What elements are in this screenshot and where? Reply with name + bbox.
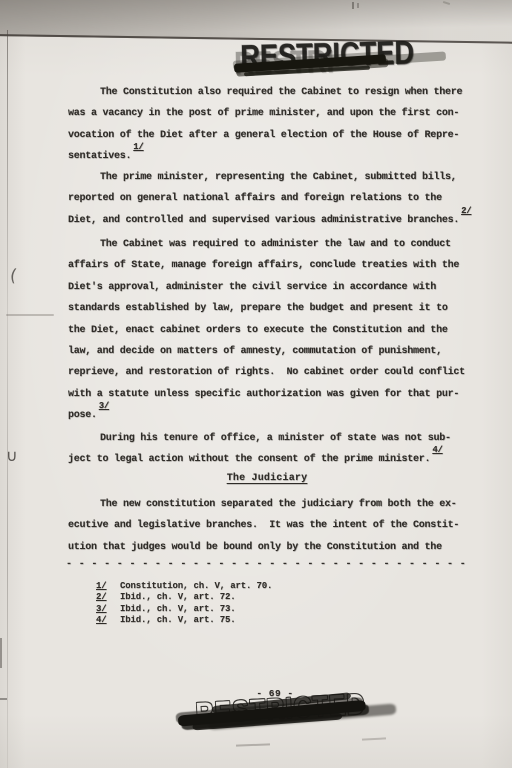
text-line-content: ution that judges would be bound only by…: [68, 542, 442, 553]
footnotes-block: 1/ Constitution, ch. V, art. 70. 2/ Ibid…: [96, 581, 272, 626]
footnote-text: Constitution, ch. V, art. 70.: [120, 581, 272, 592]
faint-dash: [236, 743, 270, 746]
footnote-text: Ibid., ch. V, art. 75.: [120, 615, 236, 626]
text-line: ecutive and legislative branches. It was…: [68, 515, 470, 536]
footnote-marker-sup: 2/: [461, 206, 471, 216]
paragraph-cabinet-duties: The Cabinet was required to administer t…: [68, 234, 470, 427]
text-line-content: vocation of the Diet after a general ele…: [68, 130, 459, 141]
text-line-content: standards established by law, prepare th…: [68, 303, 448, 314]
text-line: Diet, and controlled and supervised vari…: [68, 210, 470, 231]
text-line: standards established by law, prepare th…: [68, 298, 470, 319]
text-line: The prime minister, representing the Cab…: [68, 167, 470, 188]
text-line-content: law, and decide on matters of amnesty, c…: [68, 346, 442, 357]
text-line-content: reported on general national affairs and…: [68, 193, 442, 204]
edge-sliver: [0, 638, 2, 668]
paragraph-prime-minister: The prime minister, representing the Cab…: [68, 167, 470, 231]
paragraph-minister-immunity: During his tenure of office, a minister …: [68, 428, 470, 471]
text-line: affairs of State, manage foreign affairs…: [68, 255, 470, 276]
text-line-content: Diet's approval, administer the civil se…: [68, 282, 436, 293]
text-line-content: the Diet, enact cabinet orders to execut…: [68, 325, 448, 336]
text-line-content: with a statute unless specific authoriza…: [68, 389, 459, 400]
footnote-marker: 4/: [96, 615, 112, 626]
text-line-content: ject to legal action without the consent…: [68, 454, 430, 465]
text-line-content: was a vacancy in the post of prime minis…: [68, 108, 459, 119]
footnote-1: 1/ Constitution, ch. V, art. 70.: [96, 581, 272, 592]
footnote-marker-sup: 4/: [432, 445, 442, 455]
section-heading-judiciary: The Judiciary: [68, 473, 466, 484]
footnote-3: 3/ Ibid., ch. V, art. 73.: [96, 604, 272, 615]
text-line-content: During his tenure of office, a minister …: [100, 433, 451, 444]
text-line-content: The Cabinet was required to administer t…: [100, 239, 451, 250]
text-line: reported on general national affairs and…: [68, 188, 470, 209]
faint-dash: [362, 737, 386, 740]
footnote-text: Ibid., ch. V, art. 73.: [120, 604, 236, 615]
text-line-content: The prime minister, representing the Cab…: [100, 172, 457, 183]
text-line-content: pose.: [68, 410, 97, 421]
text-line-content: reprieve, and restoration of rights. No …: [68, 367, 465, 378]
text-line-content: sentatives.: [68, 151, 131, 162]
scanned-document-page: RESTRICTED RESTRICTED The Constitution a…: [0, 0, 512, 768]
footnote-marker-sup: 1/: [133, 142, 143, 152]
text-line: pose.3/: [68, 405, 470, 426]
text-line: reprieve, and restoration of rights. No …: [68, 362, 470, 383]
pen-mark-paren: (: [9, 266, 18, 287]
paragraph-cabinet-resign: The Constitution also required the Cabin…: [68, 82, 470, 168]
text-line: the Diet, enact cabinet orders to execut…: [68, 320, 470, 341]
text-line-content: affairs of State, manage foreign affairs…: [68, 260, 459, 271]
footnote-2: 2/ Ibid., ch. V, art. 72.: [96, 592, 272, 603]
footnote-marker: 2/: [96, 592, 112, 603]
text-line: law, and decide on matters of amnesty, c…: [68, 341, 470, 362]
paragraph-judiciary-intro: The new constitution separated the judic…: [68, 494, 470, 558]
text-line-content: ecutive and legislative branches. It was…: [68, 520, 459, 531]
text-line: ution that judges would be bound only by…: [68, 537, 470, 558]
text-line: The new constitution separated the judic…: [68, 494, 470, 515]
text-line: sentatives.1/: [68, 146, 470, 167]
text-line: The Cabinet was required to administer t…: [68, 234, 470, 255]
text-line: ject to legal action without the consent…: [68, 449, 470, 470]
footnote-separator-line: - - - - - - - - - - - - - - - - - - - - …: [66, 559, 468, 570]
text-line: was a vacancy in the post of prime minis…: [68, 103, 470, 124]
text-line-content: The new constitution separated the judic…: [100, 499, 457, 510]
text-line: Diet's approval, administer the civil se…: [68, 277, 470, 298]
footnote-marker: 3/: [96, 604, 112, 615]
footnote-4: 4/ Ibid., ch. V, art. 75.: [96, 615, 272, 626]
footnote-text: Ibid., ch. V, art. 72.: [120, 592, 236, 603]
text-line: with a statute unless specific authoriza…: [68, 384, 470, 405]
text-line-content: The Constitution also required the Cabin…: [100, 87, 462, 98]
footnote-marker: 1/: [96, 581, 112, 592]
text-line: The Constitution also required the Cabin…: [68, 82, 470, 103]
footnote-marker-sup: 3/: [99, 401, 109, 411]
smudge-line: [6, 314, 54, 316]
text-line: During his tenure of office, a minister …: [68, 428, 470, 449]
page-left-edge-line: [7, 30, 8, 768]
text-line: vocation of the Diet after a general ele…: [68, 125, 470, 146]
text-line-content: Diet, and controlled and supervised vari…: [68, 215, 459, 226]
edge-tick: [0, 698, 7, 700]
